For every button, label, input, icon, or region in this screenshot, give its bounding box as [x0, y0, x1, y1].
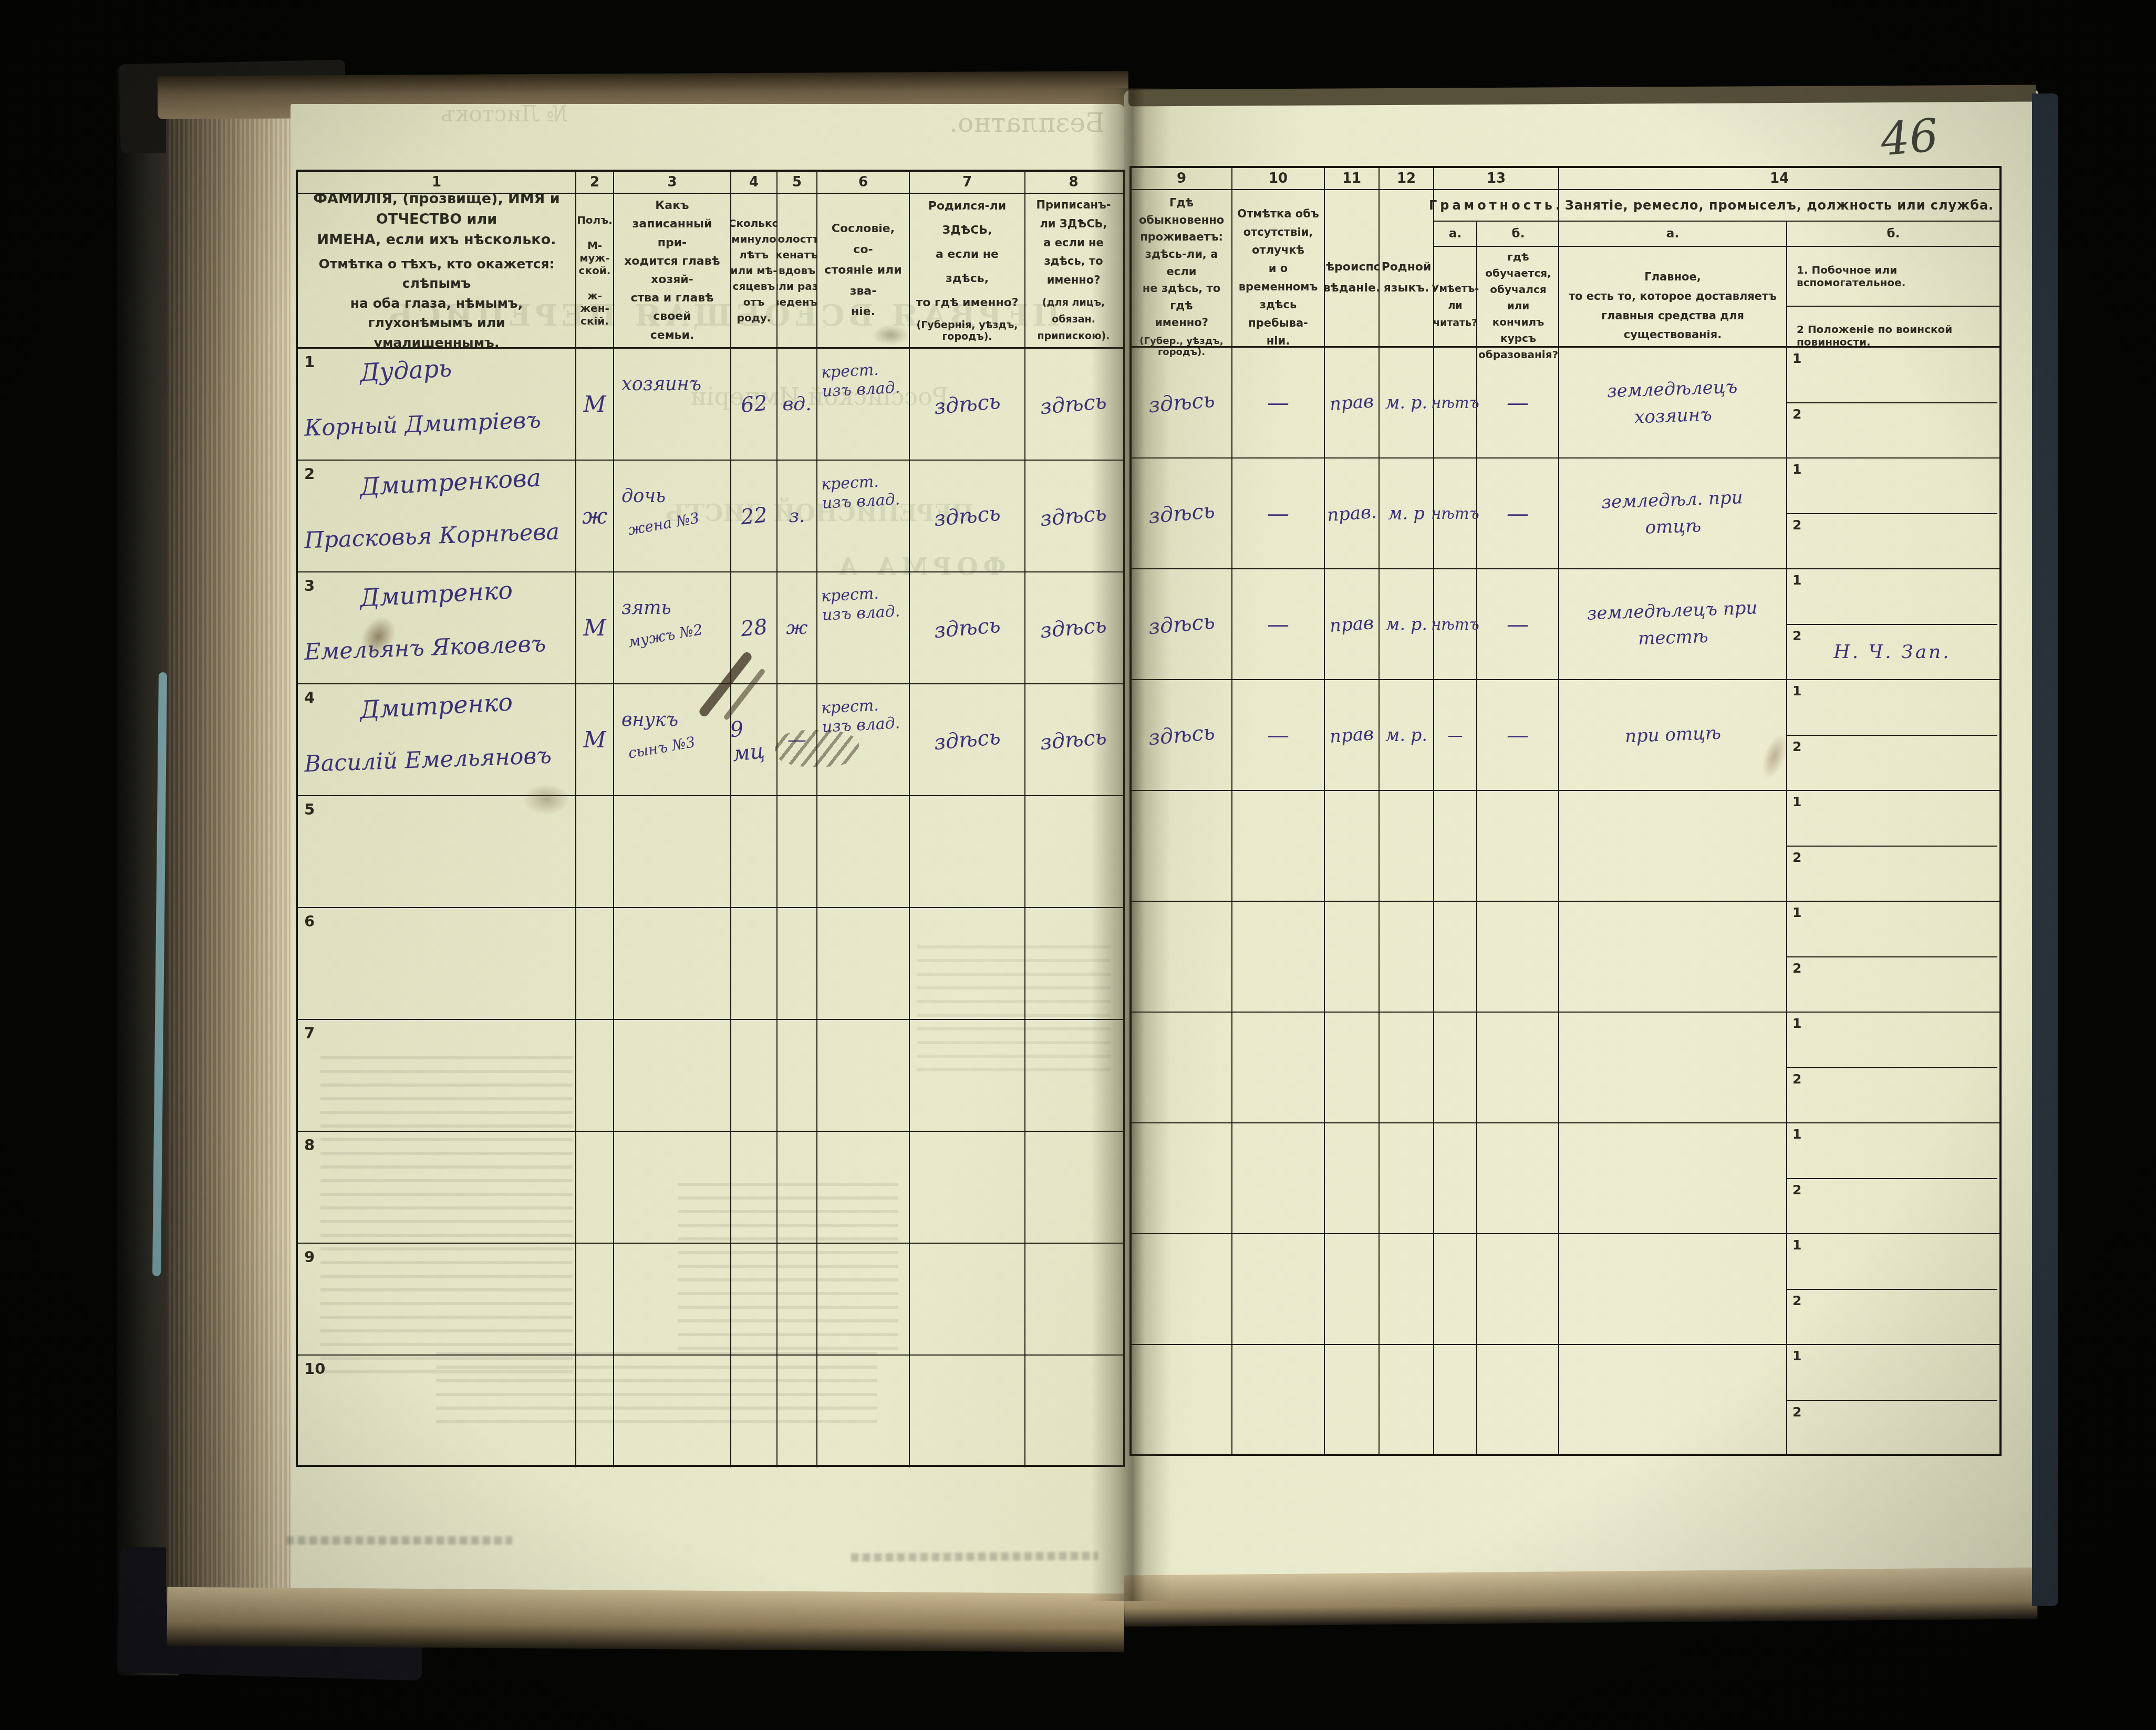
cell-sex: [576, 908, 614, 1019]
occupation-handwriting: [1659, 1400, 1686, 1401]
table-row: 10: [298, 1356, 1123, 1467]
sublabel-b: б.: [1477, 222, 1559, 246]
header-text: М-муж- ской.: [579, 239, 611, 277]
column-number: 13: [1434, 168, 1559, 189]
occupation-handwriting: [1659, 1067, 1686, 1068]
page-bottom-edge: [167, 1587, 1125, 1653]
cell-age: [731, 1020, 778, 1131]
education-handwriting: —: [1507, 501, 1529, 526]
header-text: 1. Побочное или вспомогательное.: [1787, 247, 1999, 307]
language-handwriting: м. р.: [1385, 614, 1427, 634]
cell-sex: М: [576, 349, 614, 460]
cell-marital: [778, 1020, 817, 1131]
marital-handwriting: вд.: [782, 393, 811, 415]
printed-sub-number: 2: [1792, 1182, 1801, 1197]
cell-language: [1380, 1345, 1434, 1456]
side-occupation-1: 1: [1787, 1013, 1997, 1068]
header-text: Полъ.: [577, 214, 613, 226]
cell-occupation: [1559, 1345, 1787, 1456]
religion-handwriting: прав: [1329, 723, 1374, 747]
cell-age: 22: [731, 461, 778, 571]
birthplace-handwriting: здѣсь: [933, 613, 1001, 643]
side-occupation-2: 2: [1787, 514, 1997, 569]
table-row: 2 Дмитренкова Прасковья Корнѣева ж дочь …: [298, 461, 1123, 572]
cell-sex: М: [576, 684, 614, 795]
birthplace-handwriting: здѣсь: [933, 389, 1001, 419]
occupation-handwriting: при отцѣ: [1611, 720, 1735, 751]
cell-reads: [1434, 1123, 1477, 1233]
cell-birthplace: здѣсь: [910, 461, 1025, 571]
printer-imprint: [851, 1551, 1098, 1561]
cell-side-occupation: 1 2: [1787, 1013, 1997, 1122]
absence-handwriting: —: [1267, 390, 1289, 415]
cell-education: —: [1477, 458, 1559, 568]
relation-handwriting: хозяинъ: [621, 374, 701, 395]
cell-birthplace: [910, 908, 1025, 1019]
header-text: ФАМИЛІЯ, (прозвище), ИМЯ и ОТЧЕСТВО или …: [301, 194, 572, 250]
cell-side-occupation: 1 2: [1787, 902, 1997, 1012]
side2-handwriting: Н. Ч. Зап.: [1833, 641, 1951, 663]
relation-note-handwriting: жена №3: [627, 509, 700, 538]
cell-marital: [778, 908, 817, 1019]
cell-education: [1477, 1234, 1559, 1344]
header-estate: Сословіе, со- стояніе или зва- ніе.: [817, 194, 910, 347]
cell-religion: [1325, 902, 1380, 1012]
printed-sub-number: 1: [1792, 1237, 1801, 1253]
cell-absence: [1232, 902, 1325, 1012]
cell-language: м. р: [1380, 458, 1434, 568]
header-text: ж-жен- скій.: [579, 289, 610, 327]
cell-occupation: [1559, 791, 1787, 901]
cell-occupation: [1559, 1013, 1787, 1122]
cell-sex: ж: [576, 461, 614, 571]
cell-name: 5: [298, 796, 576, 907]
page-number: 46: [1879, 109, 1941, 166]
cell-absence: —: [1232, 348, 1325, 457]
census-table-right: 9 10 11 12 13 14 Гдѣ обыкновенно прожива…: [1129, 166, 2002, 1456]
cell-side-occupation: 1 2: [1787, 791, 1997, 901]
relation-handwriting: внукъ: [621, 710, 678, 731]
header-age: Сколько минуло лѣтъ или мѣ- сяцевъ отъ р…: [731, 194, 778, 347]
table-row: здѣсь — прав м. р. — — при отцѣ: [1132, 680, 1999, 791]
marital-handwriting: з.: [789, 505, 805, 527]
cell-marital: [778, 796, 817, 907]
religion-handwriting: прав: [1329, 612, 1374, 637]
relation-handwriting: зять: [621, 598, 671, 619]
printed-sub-number: 1: [1792, 683, 1801, 699]
cell-sex: [576, 796, 614, 907]
literacy-sublabels: а. б.: [1434, 222, 1558, 247]
cell-reads: [1434, 1013, 1477, 1122]
cell-birthplace: здѣсь: [910, 684, 1025, 795]
age-handwriting: 9 мц: [729, 713, 779, 766]
column-number: 5: [778, 172, 817, 193]
cell-occupation: [1559, 1234, 1787, 1344]
side-occupation-2: 2 Н. Ч. Зап.: [1787, 625, 1997, 680]
header-text: Какъ записанный при- ходится главѣ хозяй…: [617, 196, 727, 345]
book-photo: Безплатно. № Листокъ ПЕРВАЯ ВСЕОБЩАЯ ПЕР…: [0, 0, 2156, 1730]
printed-sub-number: 2: [1792, 1404, 1801, 1420]
book-fold-shadow: [1091, 88, 1170, 1601]
table-row: 3 Дмитренко Емельянъ Яковлевъ М зять муж…: [298, 572, 1123, 684]
occupation-handwriting: [1659, 846, 1686, 847]
cell-marital: [778, 1356, 817, 1467]
cell-birthplace: здѣсь: [910, 572, 1025, 683]
table-row: 5: [298, 796, 1123, 908]
cell-reads: [1434, 902, 1477, 1012]
cell-language: [1380, 791, 1434, 901]
row-number: 4: [304, 689, 315, 706]
printed-sub-number: 2: [1792, 739, 1801, 754]
reads-handwriting: нѣтъ: [1431, 394, 1479, 412]
header-text: Отмѣтка о тѣхъ, кто окажется: слѣпымъ на…: [301, 254, 572, 347]
cell-religion: прав: [1325, 569, 1380, 679]
row-number: 5: [304, 800, 315, 818]
education-handwriting: —: [1507, 722, 1529, 748]
column-number: 6: [817, 172, 910, 193]
column-number: 10: [1232, 168, 1325, 189]
cell-estate: крест. изъ влад.: [817, 572, 910, 683]
surname-handwriting: Дмитренко: [359, 576, 513, 612]
cell-estate: [817, 908, 910, 1019]
cell-religion: [1325, 1013, 1380, 1122]
cell-reads: [1434, 1345, 1477, 1456]
cell-religion: прав.: [1325, 458, 1380, 568]
relation-note-handwriting: мужъ №2: [627, 621, 704, 651]
table-row: 1 2: [1132, 902, 1999, 1013]
cell-relation: [614, 1244, 731, 1354]
cell-birthplace: здѣсь: [910, 349, 1025, 460]
cell-absence: —: [1232, 458, 1325, 568]
cell-relation: [614, 1356, 731, 1467]
printer-imprint: [286, 1536, 512, 1545]
occupation-handwriting: земледѣл. при отцѣ: [1558, 483, 1787, 544]
cell-relation: [614, 1132, 731, 1243]
sex-handwriting: М: [583, 727, 606, 753]
table-row: 1 2: [1132, 791, 1999, 902]
cell-side-occupation: 1 2: [1787, 1234, 1997, 1344]
printed-sub-number: 2: [1792, 1071, 1801, 1087]
cell-religion: [1325, 1345, 1380, 1456]
occupation-handwriting: [1659, 1289, 1686, 1290]
cell-language: м. р.: [1380, 680, 1434, 790]
column-number: 11: [1325, 168, 1380, 189]
cell-language: [1380, 1013, 1434, 1122]
cell-marital: вд.: [778, 349, 817, 460]
printed-sub-number: 2: [1792, 961, 1801, 976]
sex-handwriting: ж: [582, 503, 607, 529]
printed-sub-number: 1: [1792, 351, 1801, 366]
header-relation: Какъ записанный при- ходится главѣ хозяй…: [614, 194, 731, 347]
column-number: 1: [298, 172, 576, 193]
cell-religion: [1325, 791, 1380, 901]
cell-estate: крест. изъ влад.: [817, 349, 910, 460]
surname-handwriting: Дмитренкова: [359, 463, 542, 501]
header-text: (Губернія, уѣздъ, городъ).: [913, 319, 1021, 342]
cell-age: 28: [731, 572, 778, 683]
name-handwriting: Василій Емельяновъ: [304, 743, 552, 777]
header-text: Отмѣтка объ отсутствіи, отлучкѣ и о врем…: [1236, 205, 1321, 350]
printed-sub-number: 2: [1792, 628, 1801, 643]
cell-reads: нѣтъ: [1434, 458, 1477, 568]
side-occupation-1: 1: [1787, 1234, 1997, 1290]
cell-birthplace: [910, 796, 1025, 907]
cell-education: [1477, 1013, 1559, 1122]
cell-education: —: [1477, 569, 1559, 679]
table-row: здѣсь — прав. м. р нѣтъ — землед: [1132, 458, 1999, 569]
row-number: 3: [304, 577, 315, 595]
side-occupation-2: 2: [1787, 736, 1997, 790]
relation-handwriting: дочь: [621, 486, 666, 507]
cell-name: 7: [298, 1020, 576, 1131]
cell-side-occupation: 1 2: [1787, 1345, 1997, 1456]
cell-occupation: земледѣлецъ при тестѣ: [1559, 569, 1787, 679]
side-occupation-2: 2: [1787, 1401, 1997, 1456]
cell-marital: ж: [778, 572, 817, 683]
cell-name: 1 Дударь Корный Дмитріевъ: [298, 349, 576, 460]
absence-handwriting: —: [1267, 722, 1289, 748]
cell-sex: [576, 1356, 614, 1467]
cell-absence: [1232, 1013, 1325, 1122]
side-occupation-1: 1: [1787, 569, 1997, 625]
cell-reads: нѣтъ: [1434, 569, 1477, 679]
language-handwriting: м. р.: [1385, 392, 1427, 413]
header-row: Гдѣ обыкновенно проживаетъ: здѣсь-ли, а …: [1132, 190, 1999, 348]
header-text: Родной языкъ.: [1382, 257, 1432, 298]
cell-sex: [576, 1132, 614, 1243]
education-handwriting: —: [1507, 390, 1529, 415]
table-row: 1 2: [1132, 1234, 1999, 1345]
sublabel-a: а.: [1434, 222, 1477, 246]
cell-education: [1477, 1123, 1559, 1233]
cell-reads: нѣтъ: [1434, 348, 1477, 457]
cell-education: —: [1477, 348, 1559, 457]
cell-relation: внукъ сынъ №3: [614, 684, 731, 795]
header-language: Родной языкъ.: [1380, 190, 1434, 365]
cell-occupation: земледѣл. при отцѣ: [1559, 458, 1787, 568]
surname-handwriting: Дударь: [359, 353, 453, 387]
cell-age: 9 мц: [731, 684, 778, 795]
cell-age: [731, 1356, 778, 1467]
cell-absence: [1232, 1345, 1325, 1456]
birthplace-handwriting: здѣсь: [933, 501, 1001, 531]
occupation-handwriting: [1659, 1178, 1686, 1179]
column-number: 2: [576, 172, 614, 193]
cell-estate: крест. изъ влад.: [817, 684, 910, 795]
header-row: ФАМИЛІЯ, (прозвище), ИМЯ и ОТЧЕСТВО или …: [298, 194, 1123, 349]
printed-sub-number: 1: [1792, 1016, 1801, 1031]
sublabel-b: б.: [1787, 222, 1999, 246]
cell-age: [731, 1132, 778, 1243]
printed-sub-number: 1: [1792, 572, 1801, 588]
name-handwriting: Корный Дмитріевъ: [304, 407, 541, 442]
marital-handwriting: —: [787, 729, 806, 751]
header-text: Сколько минуло лѣтъ или мѣ- сяцевъ отъ р…: [731, 215, 778, 326]
census-table-left: 1 2 3 4 5 6 7 8 ФАМИЛІЯ, (прозвище), ИМЯ…: [296, 170, 1125, 1467]
table-row: здѣсь — прав м. р. нѣтъ — землед: [1132, 569, 1999, 680]
page-stack-edge: [166, 96, 297, 1614]
side-occupation-2: 2: [1787, 847, 1997, 901]
printed-sub-number: 1: [1792, 794, 1801, 809]
language-handwriting: м. р.: [1385, 725, 1427, 745]
side-occupation-2: 2: [1787, 1068, 1997, 1123]
cell-religion: прав: [1325, 348, 1380, 457]
sublabel-a: а.: [1559, 222, 1787, 246]
side-occupation-1: 1: [1787, 1345, 1997, 1401]
cell-religion: прав: [1325, 680, 1380, 790]
printed-sub-number: 1: [1792, 905, 1801, 920]
cell-side-occupation: 1 2: [1787, 680, 1997, 790]
cell-age: 62: [731, 349, 778, 460]
name-handwriting: Емельянъ Яковлевъ: [304, 631, 546, 665]
cell-occupation: [1559, 902, 1787, 1012]
table-row: 1 2: [1132, 1013, 1999, 1123]
row-number: 7: [304, 1024, 315, 1042]
language-handwriting: м. р: [1388, 503, 1424, 524]
cell-occupation: при отцѣ: [1559, 680, 1787, 790]
side-occupation-2: 2: [1787, 1290, 1997, 1345]
age-handwriting: 28: [739, 614, 768, 641]
cell-age: [731, 796, 778, 907]
cell-sex: М: [576, 572, 614, 683]
header-text: Грамотность.: [1434, 190, 1558, 222]
estate-handwriting: крест. изъ влад.: [816, 359, 910, 401]
cell-name: 3 Дмитренко Емельянъ Яковлевъ: [298, 572, 576, 683]
cell-estate: крест. изъ влад.: [817, 461, 910, 571]
row-number: 6: [304, 912, 315, 930]
estate-handwriting: крест. изъ влад.: [816, 582, 910, 625]
cell-relation: хозяинъ: [614, 349, 731, 460]
header-name: ФАМИЛІЯ, (прозвище), ИМЯ и ОТЧЕСТВО или …: [298, 194, 576, 347]
occupation-handwriting: [1659, 956, 1686, 957]
printed-sub-number: 2: [1792, 517, 1801, 533]
estate-handwriting: крест. изъ влад.: [816, 694, 910, 737]
cell-side-occupation: 1 2: [1787, 1123, 1997, 1233]
header-marital: Холостъ, женатъ, вдовъ или раз- веденъ.: [778, 194, 817, 347]
cell-absence: [1232, 1234, 1325, 1344]
cell-estate: [817, 796, 910, 907]
cell-language: [1380, 1123, 1434, 1233]
header-text: Сословіе, со- стояніе или зва- ніе.: [821, 218, 906, 322]
side-occupation-2: 2: [1787, 957, 1997, 1012]
birthplace-handwriting: здѣсь: [933, 725, 1001, 755]
cell-education: —: [1477, 680, 1559, 790]
cell-birthplace: [910, 1244, 1025, 1354]
cell-marital: з.: [778, 461, 817, 571]
cell-occupation: [1559, 1123, 1787, 1233]
cell-occupation: земледѣлецъ хозяинъ: [1559, 348, 1787, 457]
table-row: 9: [298, 1244, 1123, 1356]
reads-handwriting: —: [1448, 726, 1463, 744]
cell-language: [1380, 1234, 1434, 1344]
header-birthplace: Родился-ли ЗДѢСЬ, а если не здѣсь, то гд…: [910, 194, 1025, 347]
cell-relation: зять мужъ №2: [614, 572, 731, 683]
table-body-right: здѣсь — прав м. р. нѣтъ — землед: [1132, 348, 1999, 1456]
age-handwriting: 62: [739, 391, 768, 418]
table-row: 6: [298, 908, 1123, 1020]
printed-sub-number: 1: [1792, 1348, 1801, 1363]
table-row: 8: [298, 1132, 1123, 1244]
absence-handwriting: —: [1267, 501, 1289, 526]
cell-estate: [817, 1244, 910, 1354]
printed-sub-number: 2: [1792, 850, 1801, 865]
header-sex: Полъ. М-муж- ской. ж-жен- скій.: [576, 194, 614, 347]
header-literacy-group: Грамотность. а. б. Умѣетъ- ли читать? гд…: [1434, 190, 1559, 365]
cell-estate: [817, 1356, 910, 1467]
row-number: 1: [304, 353, 315, 371]
column-number: 7: [910, 172, 1025, 193]
side-occupation-1: 1: [1787, 902, 1997, 957]
cell-name: 10: [298, 1356, 576, 1467]
relation-note-handwriting: сынъ №3: [627, 733, 697, 762]
name-handwriting: Прасковья Корнѣева: [304, 519, 559, 554]
page-bottom-edge: [1124, 1567, 2038, 1627]
cell-education: [1477, 791, 1559, 901]
religion-handwriting: прав: [1329, 391, 1374, 415]
header-absence: Отмѣтка объ отсутствіи, отлучкѣ и о врем…: [1232, 190, 1325, 365]
cell-religion: [1325, 1123, 1380, 1233]
column-number: 3: [614, 172, 731, 193]
header-text: Родился-ли ЗДѢСЬ, а если не здѣсь, то гд…: [913, 194, 1021, 316]
side-occupation-1: 1: [1787, 791, 1997, 847]
cell-relation: [614, 1020, 731, 1131]
table-row: 1 Дударь Корный Дмитріевъ М хозяинъ 62 в…: [298, 349, 1123, 461]
cell-relation: дочь жена №3: [614, 461, 731, 571]
cell-absence: —: [1232, 569, 1325, 679]
printed-sub-number: 2: [1792, 407, 1801, 422]
cell-marital: [778, 1244, 817, 1354]
column-number: 14: [1559, 168, 1999, 189]
sex-handwriting: М: [583, 615, 606, 641]
column-number-row: 1 2 3 4 5 6 7 8: [298, 172, 1123, 194]
occupation-handwriting: земледѣлецъ при тестѣ: [1558, 593, 1787, 655]
row-number: 9: [304, 1248, 315, 1266]
cell-relation: [614, 908, 731, 1019]
table-body-left: 1 Дударь Корный Дмитріевъ М хозяинъ 62 в…: [298, 349, 1123, 1467]
table-row: здѣсь — прав м. р. нѣтъ — землед: [1132, 348, 1999, 458]
cell-language: [1380, 902, 1434, 1012]
cell-marital: [778, 1132, 817, 1243]
marital-handwriting: ж: [786, 617, 808, 639]
education-handwriting: —: [1507, 611, 1529, 637]
header-text: Холостъ, женатъ, вдовъ или раз- веденъ.: [778, 231, 817, 310]
cell-language: м. р.: [1380, 348, 1434, 457]
cell-estate: [817, 1020, 910, 1131]
cell-birthplace: [910, 1132, 1025, 1243]
cell-absence: [1232, 1123, 1325, 1233]
printed-sub-number: 2: [1792, 1293, 1801, 1308]
header-text: Вѣроиспо- вѣданіе.: [1325, 257, 1380, 298]
row-number: 2: [304, 465, 315, 483]
absence-handwriting: —: [1267, 611, 1289, 637]
cell-education: [1477, 902, 1559, 1012]
book-cover-right: [2032, 93, 2058, 1606]
printed-sub-number: 1: [1792, 462, 1801, 477]
estate-handwriting: крест. изъ влад.: [816, 471, 910, 513]
side-occupation-1: 1: [1787, 1123, 1997, 1179]
row-number: 10: [304, 1360, 325, 1378]
surname-handwriting: Дмитренко: [359, 687, 513, 724]
cell-relation: [614, 796, 731, 907]
table-row: 4 Дмитренко Василій Емельяновъ М внукъ с…: [298, 684, 1123, 796]
cell-name: 6: [298, 908, 576, 1019]
cell-reads: [1434, 791, 1477, 901]
cell-sex: [576, 1244, 614, 1354]
side-occupation-1: 1: [1787, 458, 1997, 514]
cell-birthplace: [910, 1356, 1025, 1467]
cell-side-occupation: 1 2: [1787, 458, 1997, 568]
table-row: 7: [298, 1020, 1123, 1132]
